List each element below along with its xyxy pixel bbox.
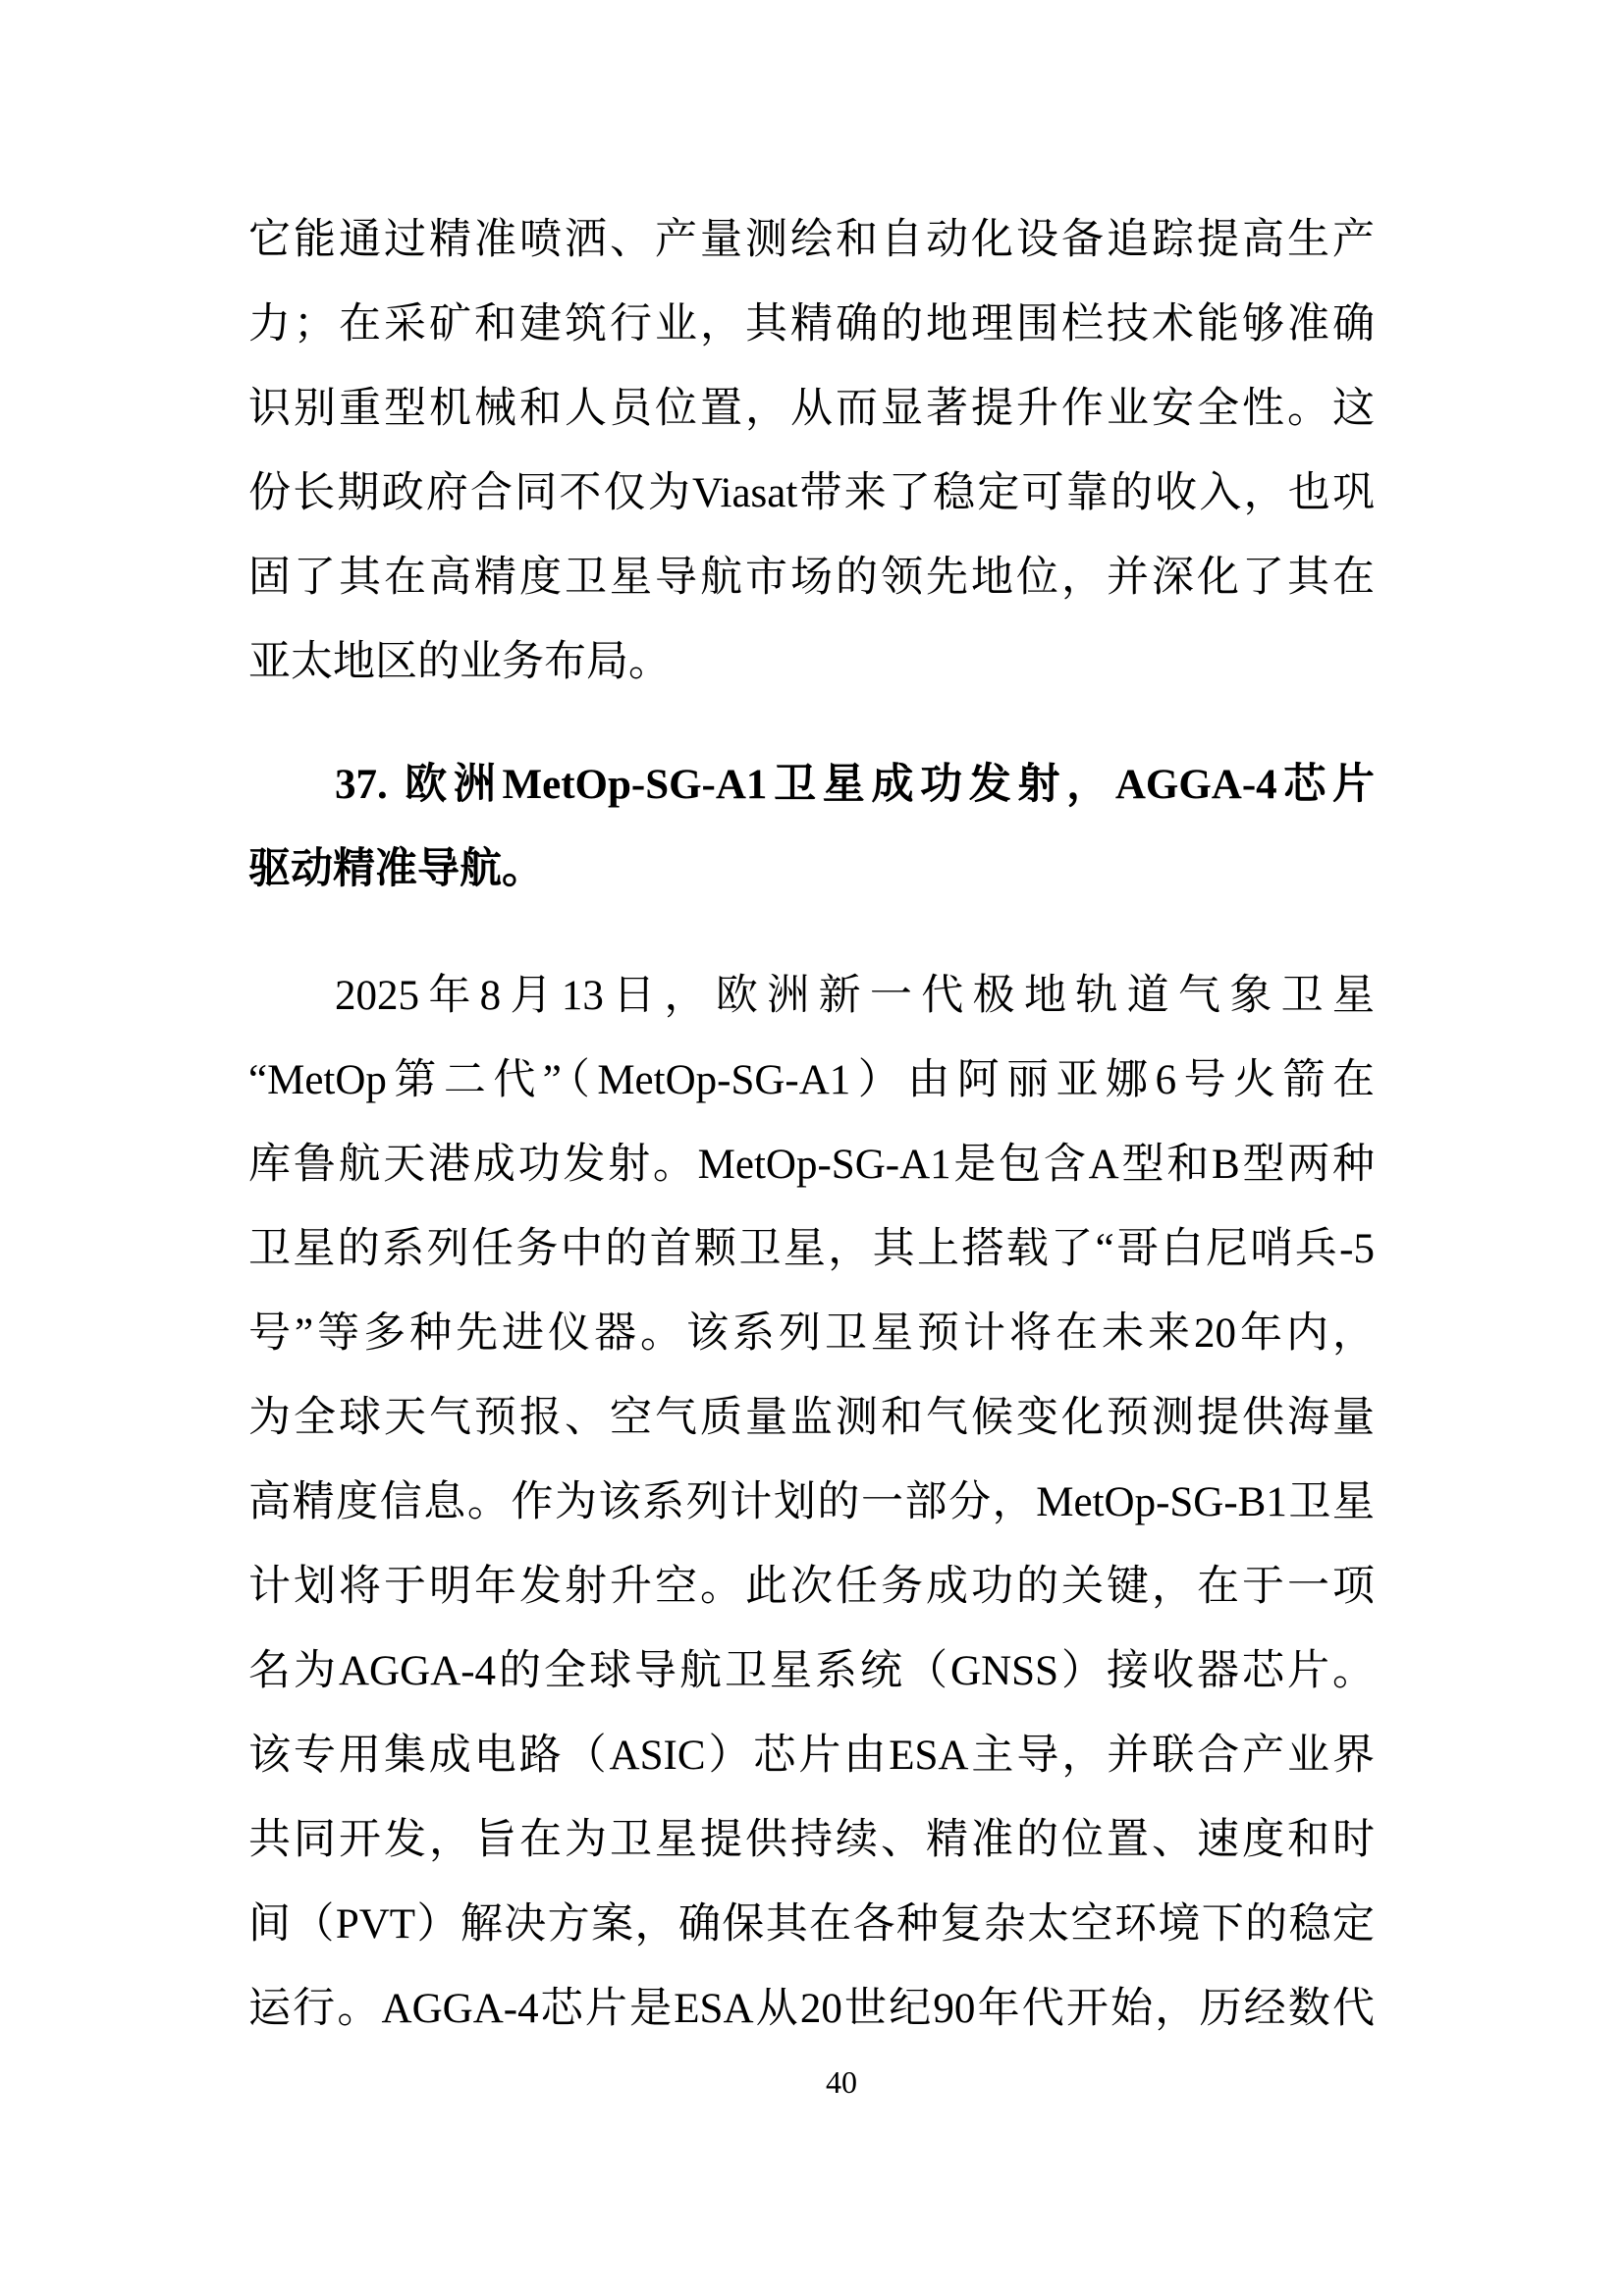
paragraph-metop-sg-a1: 2025年8月13日，欧洲新一代极地轨道气象卫星 “MetOp第二代”（MetO… <box>248 954 1375 2052</box>
text-line: 该专用集成电路（ASIC）芯片由ESA主导，并联合产业界 <box>248 1714 1375 1798</box>
text-line: 固了其在高精度卫星导航市场的领先地位，并深化了其在 <box>248 536 1375 620</box>
section-heading-37: 37. 欧洲MetOp-SG-A1卫星成功发射，AGGA-4芯片 驱动精准导航。 <box>248 743 1375 912</box>
paragraph-viasat-conclusion: 它能通过精准喷洒、产量测绘和自动化设备追踪提高生产 力；在采矿和建筑行业，其精确… <box>248 198 1375 705</box>
text-line: 亚太地区的业务布局。 <box>248 620 1375 705</box>
page-footer: 40 <box>0 2058 1624 2106</box>
text-line: 共同开发，旨在为卫星提供持续、精准的位置、速度和时 <box>248 1798 1375 1883</box>
document-page: 它能通过精准喷洒、产量测绘和自动化设备追踪提高生产 力；在采矿和建筑行业，其精确… <box>0 0 1624 2296</box>
text-line: 库鲁航天港成功发射。MetOp-SG-A1是包含A型和B型两种 <box>248 1123 1375 1207</box>
text-line: “MetOp第二代”（MetOp-SG-A1）由阿丽亚娜6号火箭在 <box>248 1039 1375 1123</box>
text-line: 高精度信息。作为该系列计划的一部分，MetOp-SG-B1卫星 <box>248 1461 1375 1545</box>
text-line: 2025年8月13日，欧洲新一代极地轨道气象卫星 <box>248 954 1375 1039</box>
text-line: 为全球天气预报、空气质量监测和气候变化预测提供海量 <box>248 1376 1375 1461</box>
text-line: 它能通过精准喷洒、产量测绘和自动化设备追踪提高生产 <box>248 198 1375 283</box>
heading-line: 37. 欧洲MetOp-SG-A1卫星成功发射，AGGA-4芯片 <box>248 743 1375 828</box>
text-line: 号”等多种先进仪器。该系列卫星预计将在未来20年内， <box>248 1292 1375 1376</box>
text-line: 力；在采矿和建筑行业，其精确的地理围栏技术能够准确 <box>248 283 1375 367</box>
page-body-text: 它能通过精准喷洒、产量测绘和自动化设备追踪提高生产 力；在采矿和建筑行业，其精确… <box>248 198 1375 2052</box>
page-number: 40 <box>826 2064 857 2100</box>
text-line: 计划将于明年发射升空。此次任务成功的关键，在于一项 <box>248 1545 1375 1629</box>
heading-line: 驱动精准导航。 <box>248 828 1375 912</box>
text-line: 运行。AGGA-4芯片是ESA从20世纪90年代开始，历经数代 <box>248 1967 1375 2052</box>
text-line: 名为AGGA-4的全球导航卫星系统（GNSS）接收器芯片。 <box>248 1629 1375 1714</box>
text-line: 间（PVT）解决方案，确保其在各种复杂太空环境下的稳定 <box>248 1883 1375 1967</box>
text-line: 卫星的系列任务中的首颗卫星，其上搭载了“哥白尼哨兵-5 <box>248 1207 1375 1292</box>
text-line: 份长期政府合同不仅为Viasat带来了稳定可靠的收入，也巩 <box>248 452 1375 536</box>
text-line: 识别重型机械和人员位置，从而显著提升作业安全性。这 <box>248 367 1375 452</box>
